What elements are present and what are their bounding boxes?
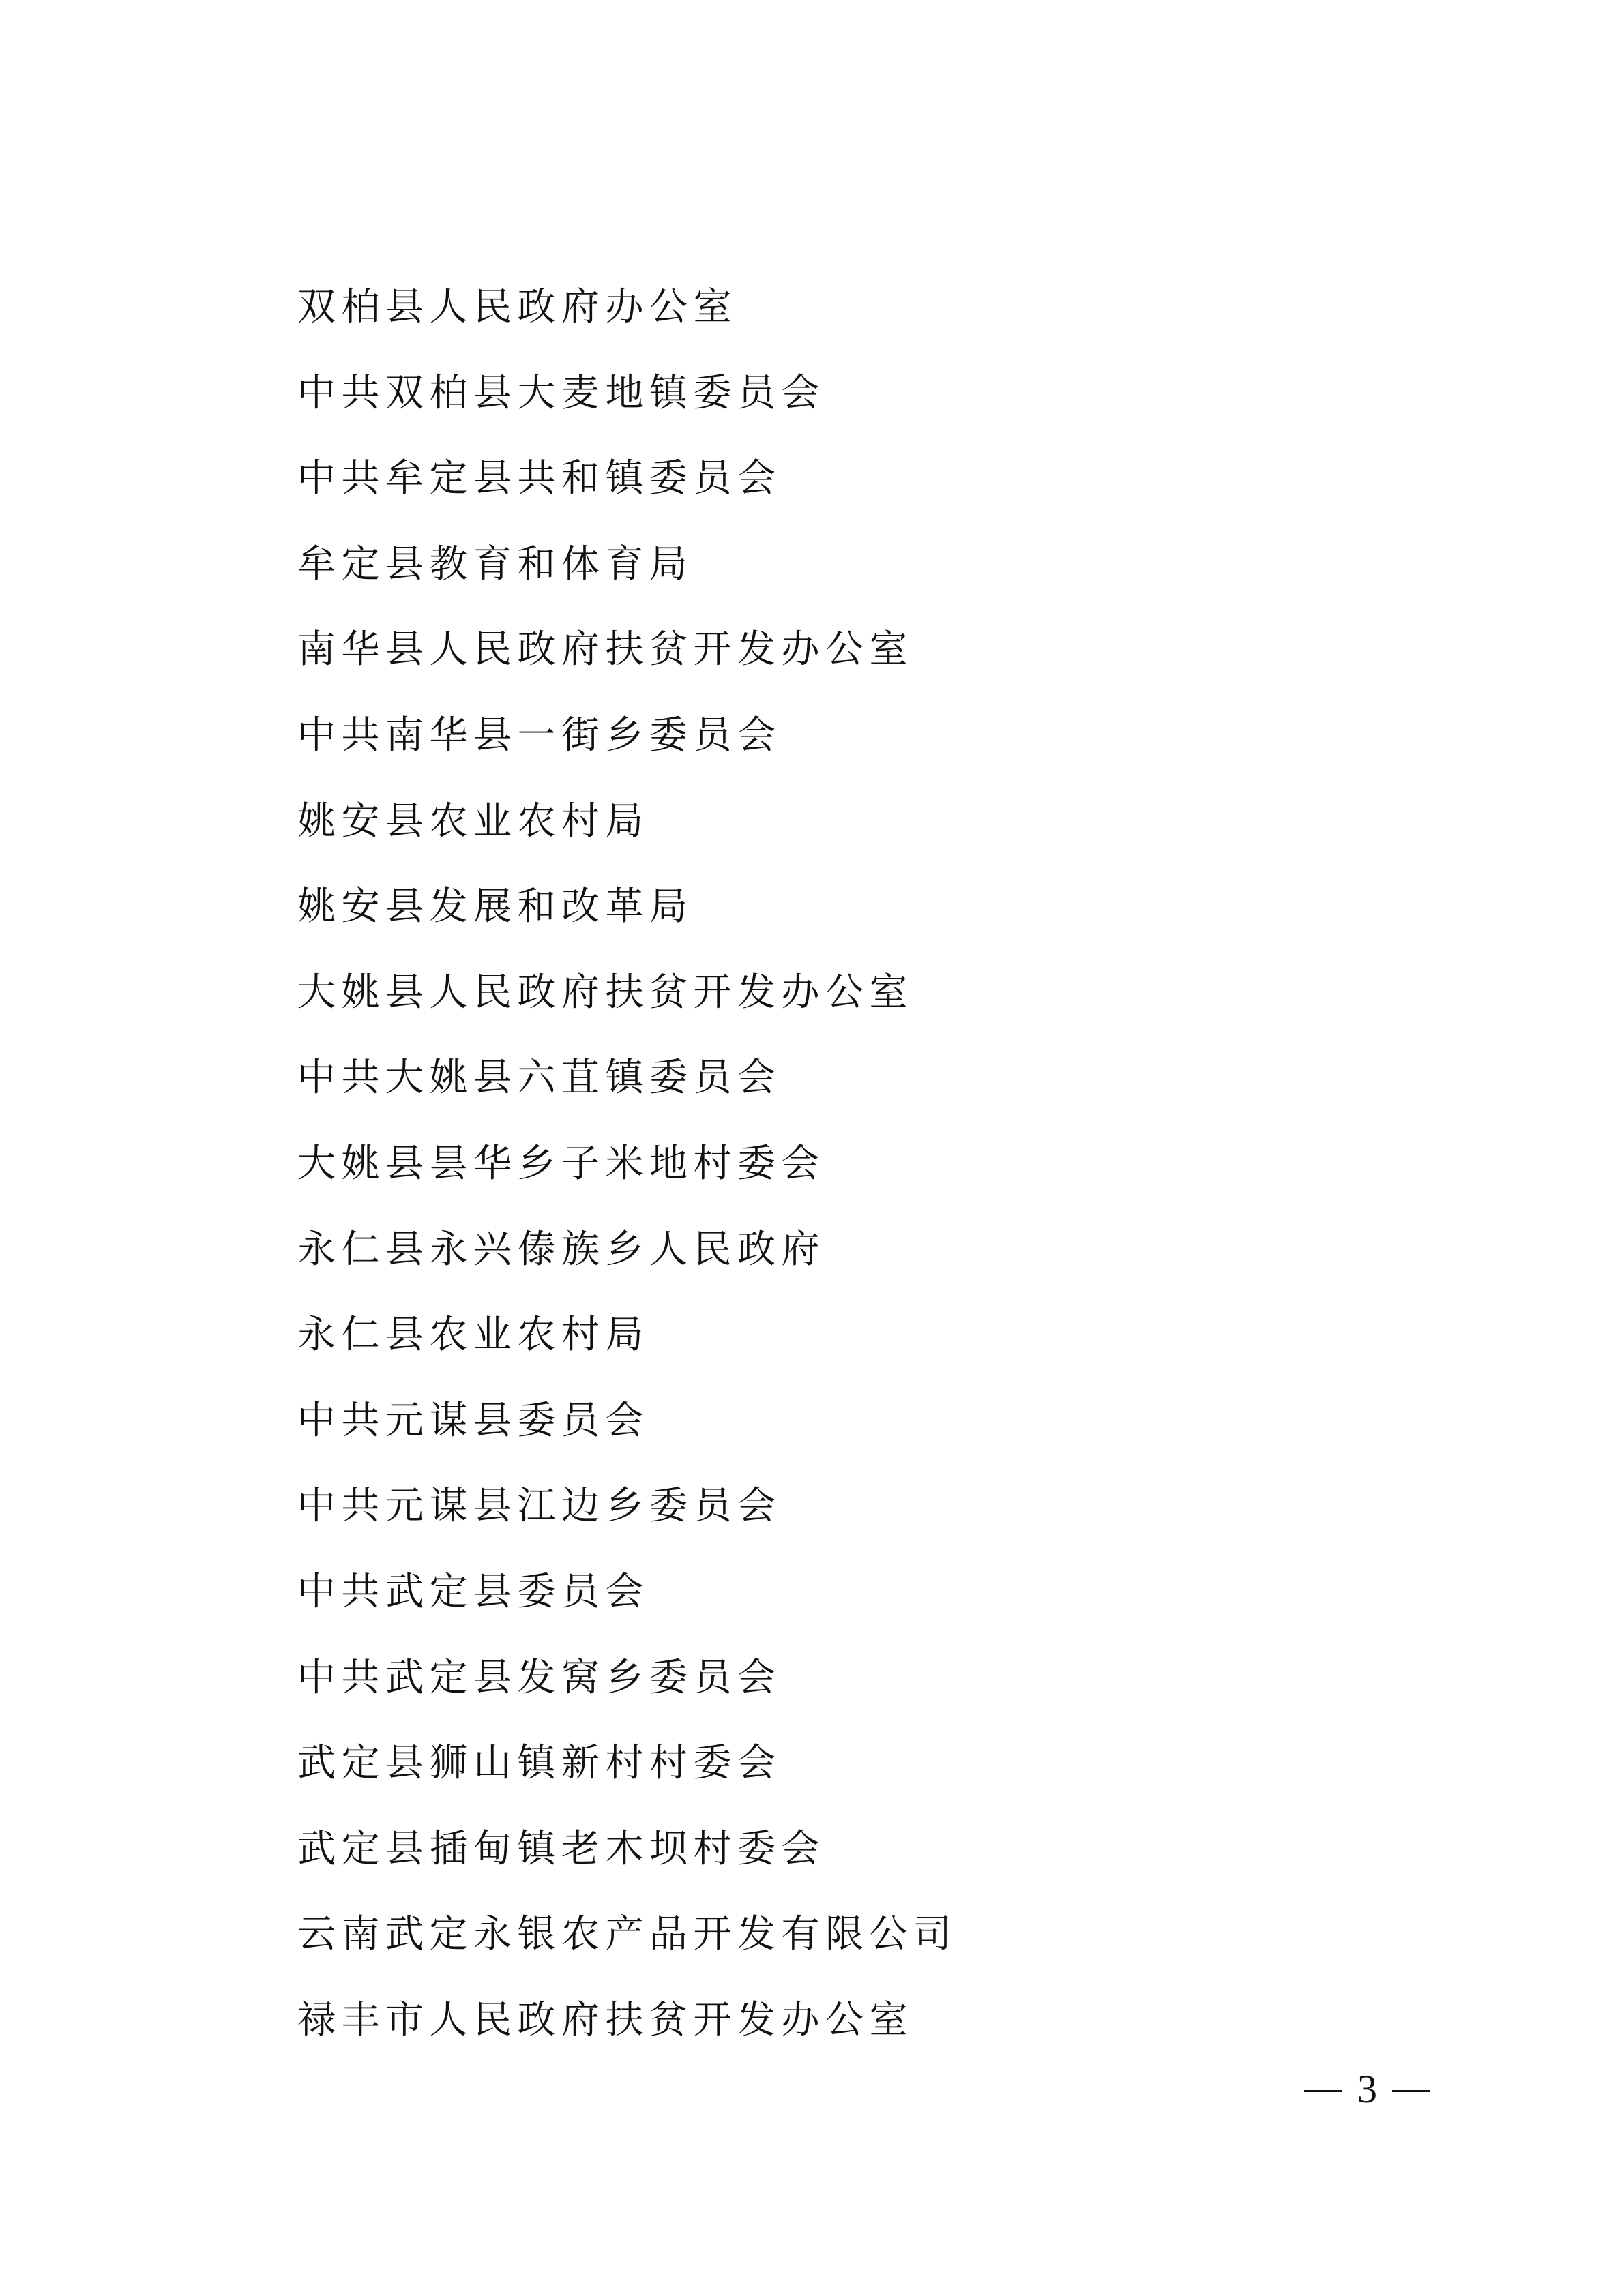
page-number: 3 xyxy=(1304,2068,1430,2111)
list-item: 姚安县农业农村局 xyxy=(297,779,958,865)
list-item: 云南武定永银农产品开发有限公司 xyxy=(297,1892,958,1978)
dash-right-icon xyxy=(1392,2090,1430,2092)
list-item: 武定县插甸镇老木坝村委会 xyxy=(297,1806,958,1892)
list-item: 永仁县农业农村局 xyxy=(297,1292,958,1378)
page-number-value: 3 xyxy=(1342,2068,1392,2111)
list-item: 禄丰市人民政府扶贫开发办公室 xyxy=(297,1978,958,2063)
list-item: 永仁县永兴傣族乡人民政府 xyxy=(297,1207,958,1293)
list-item: 中共牟定县共和镇委员会 xyxy=(297,436,958,522)
list-item: 中共南华县一街乡委员会 xyxy=(297,693,958,779)
list-item: 中共武定县发窝乡委员会 xyxy=(297,1635,958,1721)
organization-list: 双柏县人民政府办公室 中共双柏县大麦地镇委员会 中共牟定县共和镇委员会 牟定县教… xyxy=(297,265,958,2063)
list-item: 牟定县教育和体育局 xyxy=(297,522,958,608)
list-item: 中共武定县委员会 xyxy=(297,1549,958,1635)
document-page: 双柏县人民政府办公室 中共双柏县大麦地镇委员会 中共牟定县共和镇委员会 牟定县教… xyxy=(0,0,1624,2296)
list-item: 武定县狮山镇新村村委会 xyxy=(297,1720,958,1806)
list-item: 中共元谋县委员会 xyxy=(297,1378,958,1464)
list-item: 南华县人民政府扶贫开发办公室 xyxy=(297,607,958,693)
list-item: 大姚县昙华乡子米地村委会 xyxy=(297,1121,958,1207)
list-item: 大姚县人民政府扶贫开发办公室 xyxy=(297,950,958,1036)
list-item: 双柏县人民政府办公室 xyxy=(297,265,958,351)
list-item: 姚安县发展和改革局 xyxy=(297,864,958,950)
dash-left-icon xyxy=(1304,2090,1342,2092)
list-item: 中共元谋县江边乡委员会 xyxy=(297,1463,958,1549)
list-item: 中共大姚县六苴镇委员会 xyxy=(297,1035,958,1121)
list-item: 中共双柏县大麦地镇委员会 xyxy=(297,351,958,436)
